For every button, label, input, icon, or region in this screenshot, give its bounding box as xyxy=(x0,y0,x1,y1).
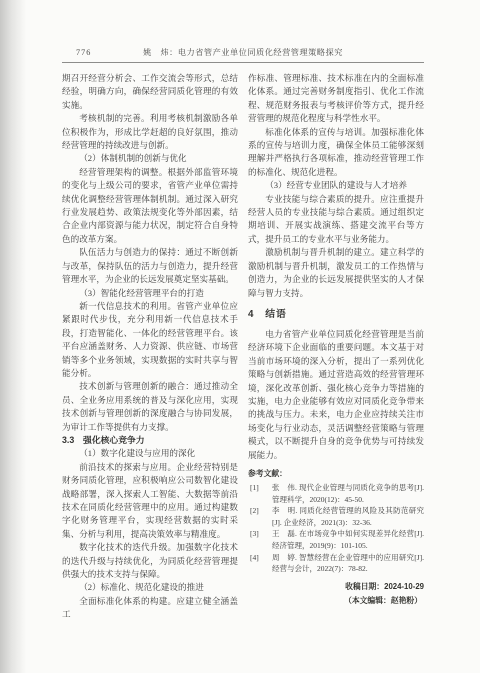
editor-note: （本文编辑：赵艳粉） xyxy=(248,594,424,607)
paragraph: 标准化体系的宣传与培训。加强标准化体系的宣传与培训力度，确保全体员工能够深刻理解… xyxy=(248,126,424,180)
paragraph: 前沿技术的探索与应用。企业经营特别是财务同质化管理，应积极响应公司数智化建设战略… xyxy=(62,461,238,541)
subsection-heading: （3）智能化经营管理平台的打造 xyxy=(62,287,238,300)
subsection-number-heading: 3.3 强化核心竞争力 xyxy=(62,434,238,447)
right-column: 作标准、管理标准、技术标准在内的全面标准化体系。通过完善财务制度指引、优化工作流… xyxy=(248,72,424,622)
paragraph: 技术创新与管理创新的融合：通过推动全员、全业务应用系统的普及与深化应用，实现技术… xyxy=(62,380,238,434)
paragraph: 专业技能与综合素质的提升。应注重提升经营人员的专业技能与综合素质。通过组织定期培… xyxy=(248,193,424,247)
document-page: { "page_header": { "page_number": "776",… xyxy=(0,0,480,673)
paragraph: 期召开经营分析会、工作交流会等形式，总结经验，明确方向，确保经营同质化管理的有效… xyxy=(62,72,238,112)
subsection-heading: （3）经营专业团队的建设与人才培养 xyxy=(248,179,424,192)
article-body: 期召开经营分析会、工作交流会等形式，总结经验，明确方向，确保经营同质化管理的有效… xyxy=(62,72,424,622)
reference-number: [3] xyxy=(250,528,259,540)
reference-item: [3]王 磊. 在市场竞争中如何实现差异化经营[J]. 经济管理，2019(9)… xyxy=(248,528,424,551)
subsection-heading: （2）体制机制的创新与优化 xyxy=(62,152,238,165)
running-head: 姚 炜：电力省管产业单位同质化经营管理策略探究 xyxy=(62,47,424,59)
reference-text: 张 伟. 现代企业管理与同质化竞争的思考[J]. 管理科学，2020(12)：4… xyxy=(272,483,424,504)
paragraph: 激励机制与晋升机制的建立。建立科学的激励机制与晋升机制，激发员工的工作热情与创造… xyxy=(248,246,424,300)
subsection-heading: （1）数字化建设与应用的深化 xyxy=(62,447,238,460)
reference-number: [2] xyxy=(250,505,259,517)
reference-text: 李 明. 同质化经营管理的风险及其防范研究[J]. 企业经济，2021(3)：3… xyxy=(272,506,424,527)
paragraph: 作标准、管理标准、技术标准在内的全面标准化体系。通过完善财务制度指引、优化工作流… xyxy=(248,72,424,126)
reference-text: 周 婷. 智慧经营在企业管理中的应用研究[J]. 经营与会计，2022(7)：7… xyxy=(272,553,424,574)
received-date: 收稿日期：2024-10-29 xyxy=(248,580,424,593)
scan-edge-shadow xyxy=(0,0,26,673)
reference-number: [1] xyxy=(250,482,259,494)
paragraph: 新一代信息技术的利用。省管产业单位应紧跟时代步伐，充分利用新一代信息技术手段，打… xyxy=(62,300,238,380)
paragraph: 考核机制的完善。利用考核机制激励各单位积极作为，形成比学赶超的良好氛围，推动经营… xyxy=(62,112,238,152)
subsection-heading: （2）标准化、规范化建设的推进 xyxy=(62,581,238,594)
reference-item: [1]张 伟. 现代企业管理与同质化竞争的思考[J]. 管理科学，2020(12… xyxy=(248,482,424,505)
references-heading: 参考文献： xyxy=(248,468,424,480)
paragraph: 全面标准化体系的构建。应建立健全涵盖工 xyxy=(62,595,238,622)
paragraph: 数字化技术的迭代升级。加强数字化技术的迭代升级与持续优化，为同质化经营管理提供强… xyxy=(62,541,238,581)
paragraph: 经营管理架构的调整。根据外部监管环境的变化与上级公司的要求，省管产业单位需持续优… xyxy=(62,166,238,246)
reference-item: [2]李 明. 同质化经营管理的风险及其防范研究[J]. 企业经济，2021(3… xyxy=(248,505,424,528)
paragraph: 队伍活力与创造力的保持：通过不断创新与改革，保持队伍的活力与创造力，提升经营管理… xyxy=(62,246,238,286)
reference-item: [4]周 婷. 智慧经营在企业管理中的应用研究[J]. 经营与会计，2022(7… xyxy=(248,552,424,575)
section-heading: 4 结语 xyxy=(248,308,424,321)
left-column: 期召开经营分析会、工作交流会等形式，总结经验，明确方向，确保经营同质化管理的有效… xyxy=(62,72,238,622)
reference-text: 王 磊. 在市场竞争中如何实现差异化经营[J]. 经济管理，2019(9)：10… xyxy=(272,529,424,550)
reference-number: [4] xyxy=(250,552,259,564)
page-header: 776 姚 炜：电力省管产业单位同质化经营管理策略探究 xyxy=(62,47,424,63)
paragraph: 电力省管产业单位同质化经营管理是当前经济环境下企业面临的重要问题。本文基于对当前… xyxy=(248,328,424,462)
